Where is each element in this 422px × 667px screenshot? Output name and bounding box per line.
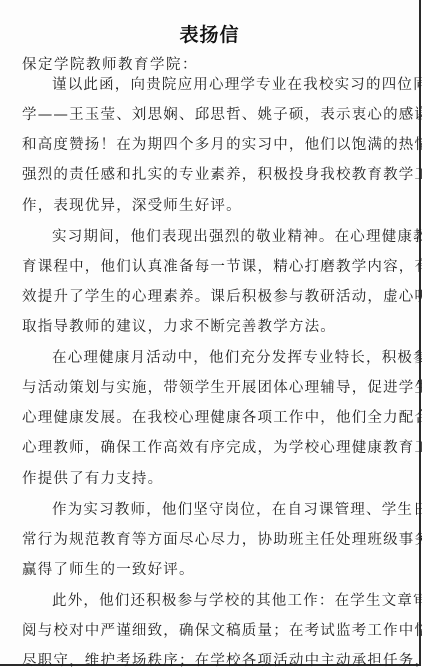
letter-title: 表扬信 [0,20,419,47]
letter-line: 取指导教师的建议，力求不断完善教学方法。 [22,315,400,336]
letter-greeting: 保定学院教师教育学院： [22,53,198,74]
letter-line: 阅与校对中严谨细致，确保文稿质量；在考试监考工作中恪 [22,619,400,640]
letter-line: 作，表现优异，深受师生好评。 [22,194,400,215]
letter-line: 学——王玉莹、刘思娴、邱思哲、姚子硕，表示衷心的感谢 [22,103,400,124]
letter-line: 在心理健康月活动中，他们充分发挥专业特长，积极参 [52,346,400,367]
letter-line: 效提升了学生的心理素养。课后积极参与教研活动，虚心听 [22,285,400,306]
letter-line: 此外，他们还积极参与学校的其他工作：在学生文章审 [52,589,400,610]
letter-line: 作提供了有力支持。 [22,467,400,488]
letter-line: 强烈的责任感和扎实的专业素养，积极投身我校教育教学工 [22,163,400,184]
letter-line: 谨以此函，向贵院应用心理学专业在我校实习的四位同 [52,73,400,94]
letter-line: 尽职守，维护考场秩序；在学校各项活动中主动承担任务， [22,649,400,667]
letter-line: 心理教师，确保工作高效有序完成，为学校心理健康教育工 [22,436,400,457]
letter-line: 与活动策划与实施，带领学生开展团体心理辅导，促进学生 [22,376,400,397]
letter-line: 常行为规范教育等方面尽心尽力，协助班主任处理班级事务， [22,528,400,549]
letter-line: 实习期间，他们表现出强烈的敬业精神。在心理健康教 [52,225,400,246]
letter-page: 表扬信 保定学院教师教育学院： 谨以此函，向贵院应用心理学专业在我校实习的四位同… [0,0,421,666]
letter-line: 心理健康发展。在我校心理健康各项工作中，他们全力配合 [22,406,400,427]
letter-line: 作为实习教师，他们坚守岗位，在自习课管理、学生日 [52,498,400,519]
letter-line: 赢得了师生的一致好评。 [22,558,400,579]
letter-line: 和高度赞扬！在为期四个多月的实习中，他们以饱满的热情、 [22,133,400,154]
letter-line: 育课程中，他们认真准备每一节课，精心打磨教学内容，有 [22,255,400,276]
